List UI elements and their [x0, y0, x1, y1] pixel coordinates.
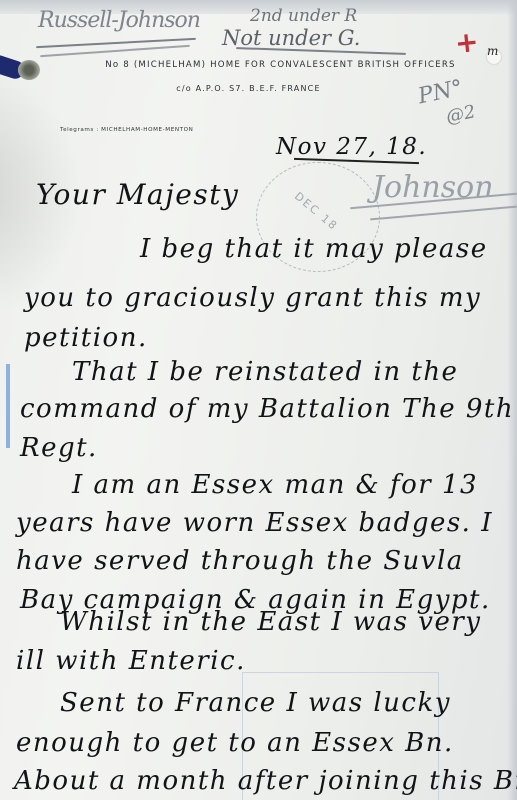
letter-salutation: Your Majesty	[36, 178, 239, 211]
letter-line: command of my Battalion The 9th Essex	[20, 394, 517, 424]
letterhead-address: c/o A.P.O. S7. B.E.F. FRANCE	[0, 84, 507, 93]
pencil-annotation-note1: 2nd under R	[250, 6, 357, 26]
letter-line: petition.	[24, 323, 148, 353]
letter-line: have served through the Suvla	[16, 546, 464, 576]
letter-line: you to graciously grant this my	[24, 283, 481, 313]
letter-page: Russell-Johnson 2nd under R Not under G.…	[0, 0, 517, 800]
letter-line: years have worn Essex badges. I	[16, 508, 493, 538]
letter-line: Whilst in the East I was very	[60, 607, 481, 637]
red-mark-suffix: m	[487, 44, 498, 58]
margin-blue-mark	[6, 364, 10, 448]
letter-line: I beg that it may please	[140, 234, 488, 264]
letter-line: I am an Essex man & for 13	[72, 470, 478, 500]
letter-line: About a month after joining this Bn	[14, 766, 517, 796]
pencil-annotation-pn-number: @2	[444, 101, 477, 128]
letter-line: enough to get to an Essex Bn.	[16, 728, 454, 758]
pencil-strike-line	[370, 206, 517, 221]
pencil-annotation-name: Russell-Johnson	[38, 8, 200, 33]
letter-line: Sent to France I was lucky	[60, 688, 451, 718]
letter-date: Nov 27, 18.	[276, 134, 427, 160]
letter-line: Regt.	[20, 433, 98, 463]
red-cross-mark: +	[453, 25, 480, 60]
letter-line: ill with Enteric.	[16, 646, 246, 676]
letterhead-title: No 8 (MICHELHAM) HOME FOR CONVALESCENT B…	[22, 60, 517, 70]
letterhead-telegrams: Telegrams : MICHELHAM-HOME-MENTON	[60, 127, 193, 133]
letter-line: That I be reinstated in the	[72, 357, 458, 387]
